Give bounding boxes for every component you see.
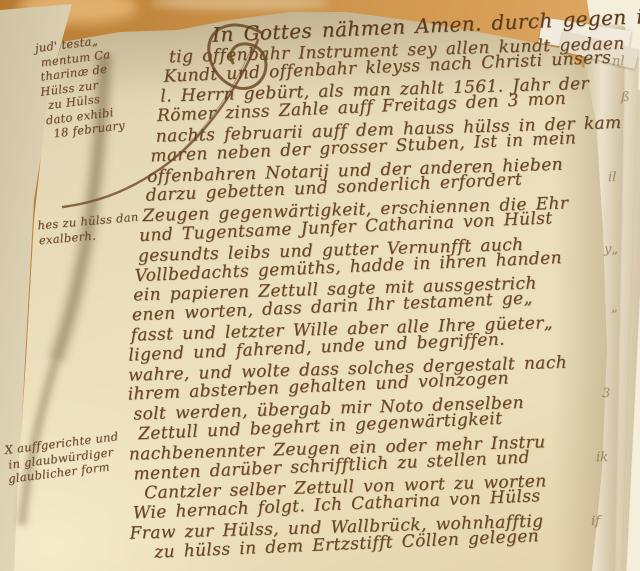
edge-ink-mark: if (591, 514, 600, 529)
edge-ink-mark: 3 (602, 386, 610, 401)
edge-ink-mark: y„ (604, 242, 618, 257)
margin-note-testamentum: jud' testa„ mentum Ca tharinæ de Hülss z… (34, 32, 126, 142)
edge-ink-mark: il (608, 170, 616, 185)
manuscript-photo: { "meta": { "description": "Photograph o… (0, 0, 640, 571)
edge-ink-mark: ß (621, 90, 630, 105)
edge-ink-mark: ik (596, 450, 608, 465)
edge-ink-mark: „ (611, 300, 618, 315)
edge-ink-mark: nl (612, 54, 625, 69)
manuscript-text-block: In Gottes nähmen Amen. durch gegen ir ti… (112, 12, 635, 564)
